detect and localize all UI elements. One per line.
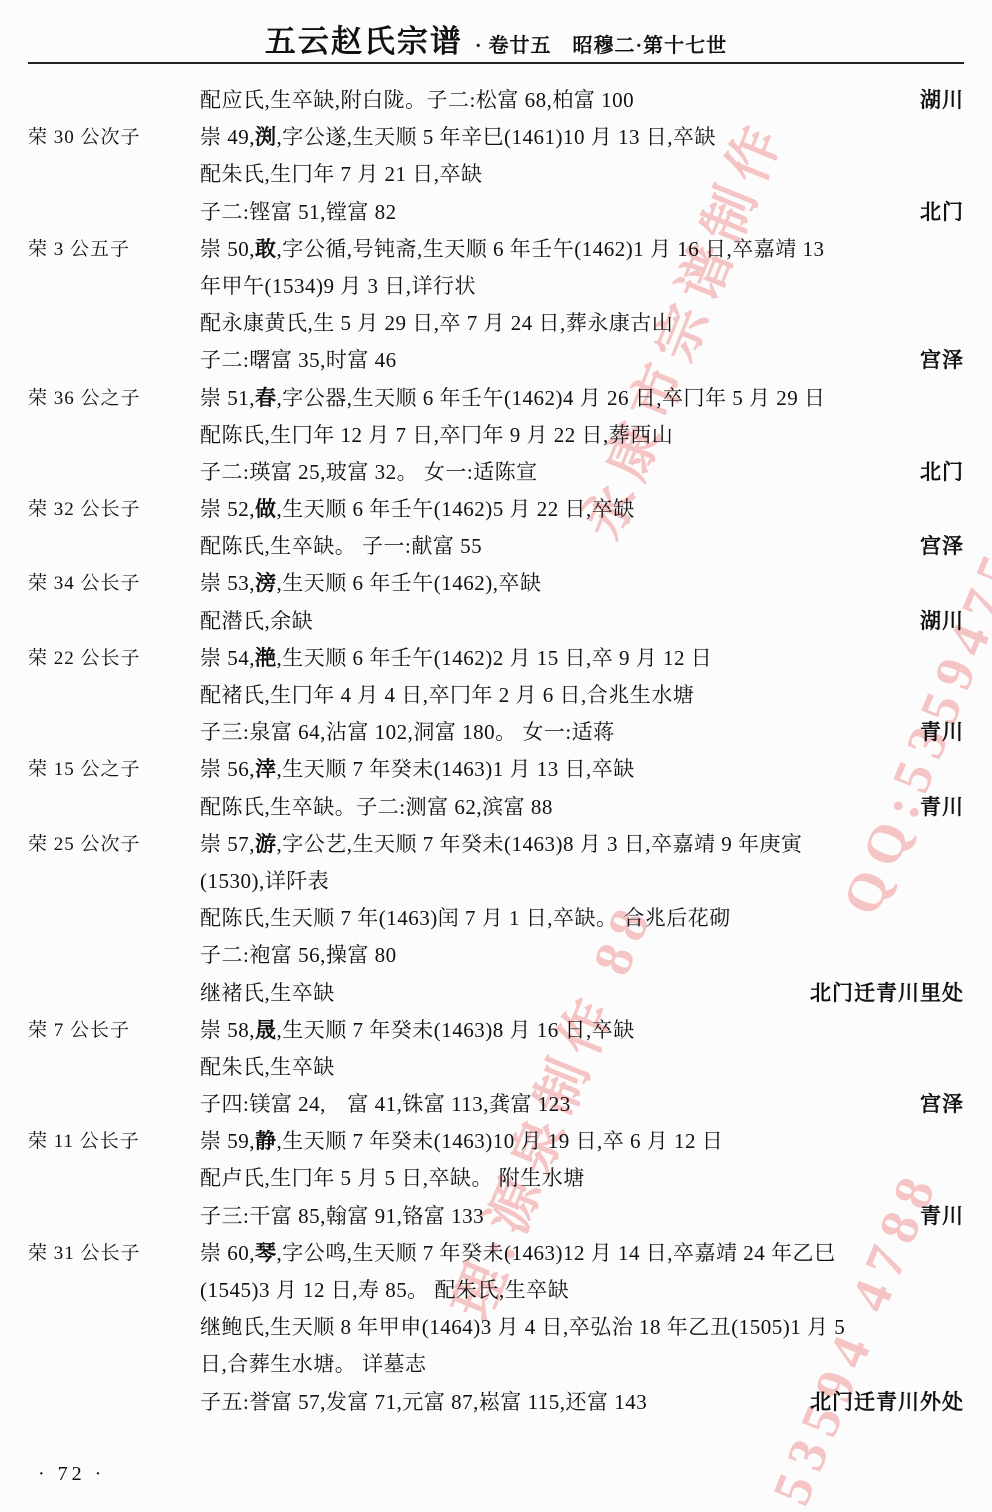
row-text: 配潜氏,余缺 [200,603,920,640]
genealogy-row: 继褚氏,生卒缺 北门迁青川里处 [0,975,992,1012]
row-text: 崇 52,做,生天顺 6 年壬午(1462)5 月 22 日,卒缺 [200,491,964,528]
genealogy-row: 配陈氏,生天顺 7 年(1463)闰 7 月 1 日,卒缺。 合兆后花砌 [0,900,992,937]
row-text: 配朱氏,生冂年 7 月 21 日,卒缺 [200,156,964,193]
row-text: 崇 49,渕,字公遂,生天顺 5 年辛巳(1461)10 月 13 日,卒缺 [200,119,964,156]
genealogy-row: 子二:瑛富 25,玻富 32。 女一:适陈宣 北门 [0,454,992,491]
row-text: 子二:铿富 51,镗富 82 [200,194,920,231]
genealogy-row: 配永康黄氏,生 5 月 29 日,卒 7 月 24 日,葬永康古山 [0,305,992,342]
genealogy-row: 荣 36 公之子 崇 51,春,字公器,生天顺 6 年壬午(1462)4 月 2… [0,380,992,417]
row-text: 配陈氏,生冂年 12 月 7 日,卒冂年 9 月 22 日,葬西山 [200,417,964,454]
row-branch-location: 青川 [920,789,992,826]
page-number: · 72 · [38,1463,105,1486]
row-branch-location: 青川 [920,1198,992,1235]
row-text: 子二:袍富 56,操富 80 [200,937,964,974]
page-subtitle: · 卷廿五 昭穆二·第十七世 [475,35,727,57]
genealogy-row: 配陈氏,生卒缺。子二:测富 62,滨富 88 青川 [0,789,992,826]
row-text: 配朱氏,生卒缺 [200,1049,964,1086]
genealogy-row: (1545)3 月 12 日,寿 85。 配朱氏,生卒缺 [0,1272,992,1309]
row-branch-location: 青川 [920,714,992,751]
genealogy-row: 配应氏,生卒缺,附白陇。子二:松富 68,柏富 100 湖川 [0,82,992,119]
row-text: 子五:誉富 57,发富 71,元富 87,崧富 115,还富 143 [200,1384,810,1421]
genealogy-entries: 配应氏,生卒缺,附白陇。子二:松富 68,柏富 100 湖川 荣 30 公次子 … [0,82,992,1421]
row-text: (1545)3 月 12 日,寿 85。 配朱氏,生卒缺 [200,1272,964,1309]
row-lineage-label: 荣 34 公长子 [0,565,200,602]
genealogy-row: (1530),详阡表 [0,863,992,900]
row-text: 年甲午(1534)9 月 3 日,详行状 [200,268,964,305]
genealogy-row: 配潜氏,余缺 湖川 [0,603,992,640]
row-text: 崇 53,滂,生天顺 6 年壬午(1462),卒缺 [200,565,964,602]
genealogy-row: 荣 34 公长子 崇 53,滂,生天顺 6 年壬午(1462),卒缺 [0,565,992,602]
genealogy-row: 荣 25 公次子 崇 57,游,字公艺,生天顺 7 年癸未(1463)8 月 3… [0,826,992,863]
row-lineage-label: 荣 3 公五子 [0,231,200,268]
row-text: 崇 56,涬,生天顺 7 年癸未(1463)1 月 13 日,卒缺 [200,751,964,788]
row-text: 配卢氏,生冂年 5 月 5 日,卒缺。 附生水塘 [200,1160,964,1197]
row-branch-location: 宫泽 [920,528,992,565]
row-text: 崇 54,滟,生天顺 6 年壬午(1462)2 月 15 日,卒 9 月 12 … [200,640,964,677]
row-lineage-label: 荣 15 公之子 [0,751,200,788]
row-branch-location: 宫泽 [920,1086,992,1123]
genealogy-row: 配陈氏,生冂年 12 月 7 日,卒冂年 9 月 22 日,葬西山 [0,417,992,454]
row-branch-location: 北门迁青川外处 [810,1384,992,1421]
row-branch-location: 湖川 [920,82,992,119]
row-text: 配褚氏,生冂年 4 月 4 日,卒冂年 2 月 6 日,合兆生水塘 [200,677,964,714]
row-text: 崇 60,琴,字公鸣,生天顺 7 年癸未(1463)12 月 14 日,卒嘉靖 … [200,1235,964,1272]
row-text: 子二:曙富 35,时富 46 [200,342,920,379]
row-lineage-label: 荣 25 公次子 [0,826,200,863]
genealogy-row: 子二:袍富 56,操富 80 [0,937,992,974]
genealogy-row: 荣 3 公五子 崇 50,敢,字公循,号钝斋,生天顺 6 年壬午(1462)1 … [0,231,992,268]
row-lineage-label: 荣 30 公次子 [0,119,200,156]
row-branch-location: 宫泽 [920,342,992,379]
genealogy-row: 荣 15 公之子 崇 56,涬,生天顺 7 年癸未(1463)1 月 13 日,… [0,751,992,788]
page-title: 五云赵氏宗谱 [265,24,463,59]
genealogy-row: 配朱氏,生卒缺 [0,1049,992,1086]
row-text: 配应氏,生卒缺,附白陇。子二:松富 68,柏富 100 [200,82,920,119]
row-lineage-label: 荣 32 公长子 [0,491,200,528]
row-text: 崇 51,春,字公器,生天顺 6 年壬午(1462)4 月 26 日,卒冂年 5… [200,380,964,417]
row-branch-location: 北门迁青川里处 [810,975,992,1012]
row-text: 崇 57,游,字公艺,生天顺 7 年癸未(1463)8 月 3 日,卒嘉靖 9 … [200,826,964,863]
row-text: (1530),详阡表 [200,863,964,900]
header-rule [28,62,964,64]
row-text: 子三:泉富 64,沾富 102,洞富 180。 女一:适蒋 [200,714,920,751]
row-text: 子四:镁富 24, 富 41,铢富 113,龚富 123 [200,1086,920,1123]
genealogy-row: 配陈氏,生卒缺。 子一:献富 55 宫泽 [0,528,992,565]
row-text: 配陈氏,生卒缺。子二:测富 62,滨富 88 [200,789,920,826]
row-lineage-label: 荣 7 公长子 [0,1012,200,1049]
row-lineage-label: 荣 11 公长子 [0,1123,200,1160]
genealogy-row: 年甲午(1534)9 月 3 日,详行状 [0,268,992,305]
row-lineage-label: 荣 31 公长子 [0,1235,200,1272]
genealogy-row: 荣 22 公长子 崇 54,滟,生天顺 6 年壬午(1462)2 月 15 日,… [0,640,992,677]
row-branch-location: 湖川 [920,603,992,640]
genealogy-row: 子三:干富 85,翰富 91,铬富 133 青川 [0,1198,992,1235]
genealogy-row: 配褚氏,生冂年 4 月 4 日,卒冂年 2 月 6 日,合兆生水塘 [0,677,992,714]
genealogy-row: 荣 30 公次子 崇 49,渕,字公遂,生天顺 5 年辛巳(1461)10 月 … [0,119,992,156]
row-text: 崇 58,晟,生天顺 7 年癸未(1463)8 月 16 日,卒缺 [200,1012,964,1049]
genealogy-row: 日,合葬生水塘。 详墓志 [0,1346,992,1383]
genealogy-row: 继鲍氏,生天顺 8 年甲申(1464)3 月 4 日,卒弘治 18 年乙丑(15… [0,1309,992,1346]
row-branch-location: 北门 [920,194,992,231]
row-lineage-label: 荣 22 公长子 [0,640,200,677]
row-text: 日,合葬生水塘。 详墓志 [200,1346,964,1383]
row-text: 崇 50,敢,字公循,号钝斋,生天顺 6 年壬午(1462)1 月 16 日,卒… [200,231,964,268]
row-text: 配陈氏,生天顺 7 年(1463)闰 7 月 1 日,卒缺。 合兆后花砌 [200,900,964,937]
genealogy-row: 子二:曙富 35,时富 46 宫泽 [0,342,992,379]
genealogy-row: 荣 7 公长子 崇 58,晟,生天顺 7 年癸未(1463)8 月 16 日,卒… [0,1012,992,1049]
genealogy-row: 荣 11 公长子 崇 59,静,生天顺 7 年癸未(1463)10 月 19 日… [0,1123,992,1160]
page-header: 五云赵氏宗谱 · 卷廿五 昭穆二·第十七世 [0,16,992,61]
row-text: 配永康黄氏,生 5 月 29 日,卒 7 月 24 日,葬永康古山 [200,305,964,342]
row-branch-location: 北门 [920,454,992,491]
row-text: 配陈氏,生卒缺。 子一:献富 55 [200,528,920,565]
genealogy-page: 五云赵氏宗谱 · 卷廿五 昭穆二·第十七世 配应氏,生卒缺,附白陇。子二:松富 … [0,0,992,1512]
row-text: 子三:干富 85,翰富 91,铬富 133 [200,1198,920,1235]
genealogy-row: 配朱氏,生冂年 7 月 21 日,卒缺 [0,156,992,193]
row-text: 崇 59,静,生天顺 7 年癸未(1463)10 月 19 日,卒 6 月 12… [200,1123,964,1160]
genealogy-row: 荣 31 公长子 崇 60,琴,字公鸣,生天顺 7 年癸未(1463)12 月 … [0,1235,992,1272]
genealogy-row: 荣 32 公长子 崇 52,做,生天顺 6 年壬午(1462)5 月 22 日,… [0,491,992,528]
genealogy-row: 子五:誉富 57,发富 71,元富 87,崧富 115,还富 143 北门迁青川… [0,1384,992,1421]
genealogy-row: 子三:泉富 64,沾富 102,洞富 180。 女一:适蒋 青川 [0,714,992,751]
row-text: 继鲍氏,生天顺 8 年甲申(1464)3 月 4 日,卒弘治 18 年乙丑(15… [200,1309,964,1346]
genealogy-row: 子四:镁富 24, 富 41,铢富 113,龚富 123 宫泽 [0,1086,992,1123]
genealogy-row: 子二:铿富 51,镗富 82 北门 [0,194,992,231]
row-text: 子二:瑛富 25,玻富 32。 女一:适陈宣 [200,454,920,491]
genealogy-row: 配卢氏,生冂年 5 月 5 日,卒缺。 附生水塘 [0,1160,992,1197]
row-lineage-label: 荣 36 公之子 [0,380,200,417]
row-text: 继褚氏,生卒缺 [200,975,810,1012]
